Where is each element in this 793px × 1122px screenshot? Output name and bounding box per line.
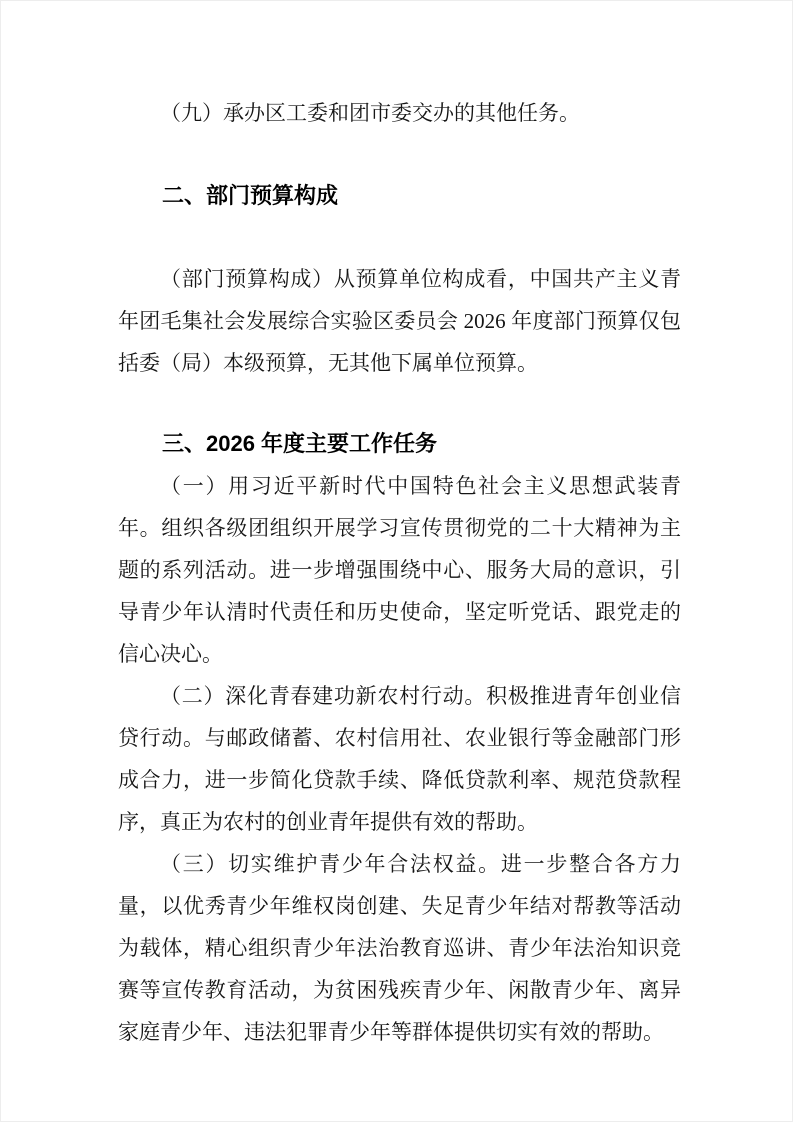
paragraph-budget-composition: （部门预算构成）从预算单位构成看，中国共产主义青年团毛集社会发展综合实验区委员会… xyxy=(118,258,681,384)
document-page: （九）承办区工委和团市委交办的其他任务。 二、部门预算构成 （部门预算构成）从预… xyxy=(0,0,793,1122)
paragraph-task-two-rural-action: （二）深化青春建功新农村行动。积极推进青年创业信贷行动。与邮政储蓄、农村信用社、… xyxy=(118,675,681,843)
document-body: （九）承办区工委和团市委交办的其他任务。 二、部门预算构成 （部门预算构成）从预… xyxy=(118,92,681,1053)
section-heading-budget-composition: 二、部门预算构成 xyxy=(118,175,681,217)
section-heading-2026-main-tasks: 三、2026 年度主要工作任务 xyxy=(118,423,681,465)
paragraph-task-one-ideology: （一）用习近平新时代中国特色社会主义思想武装青年。组织各级团组织开展学习宣传贯彻… xyxy=(118,465,681,675)
page-number: 5 xyxy=(393,1021,400,1036)
paragraph-item-nine-other-tasks: （九）承办区工委和团市委交办的其他任务。 xyxy=(118,92,681,134)
page-footer: 5 xyxy=(1,1019,792,1037)
